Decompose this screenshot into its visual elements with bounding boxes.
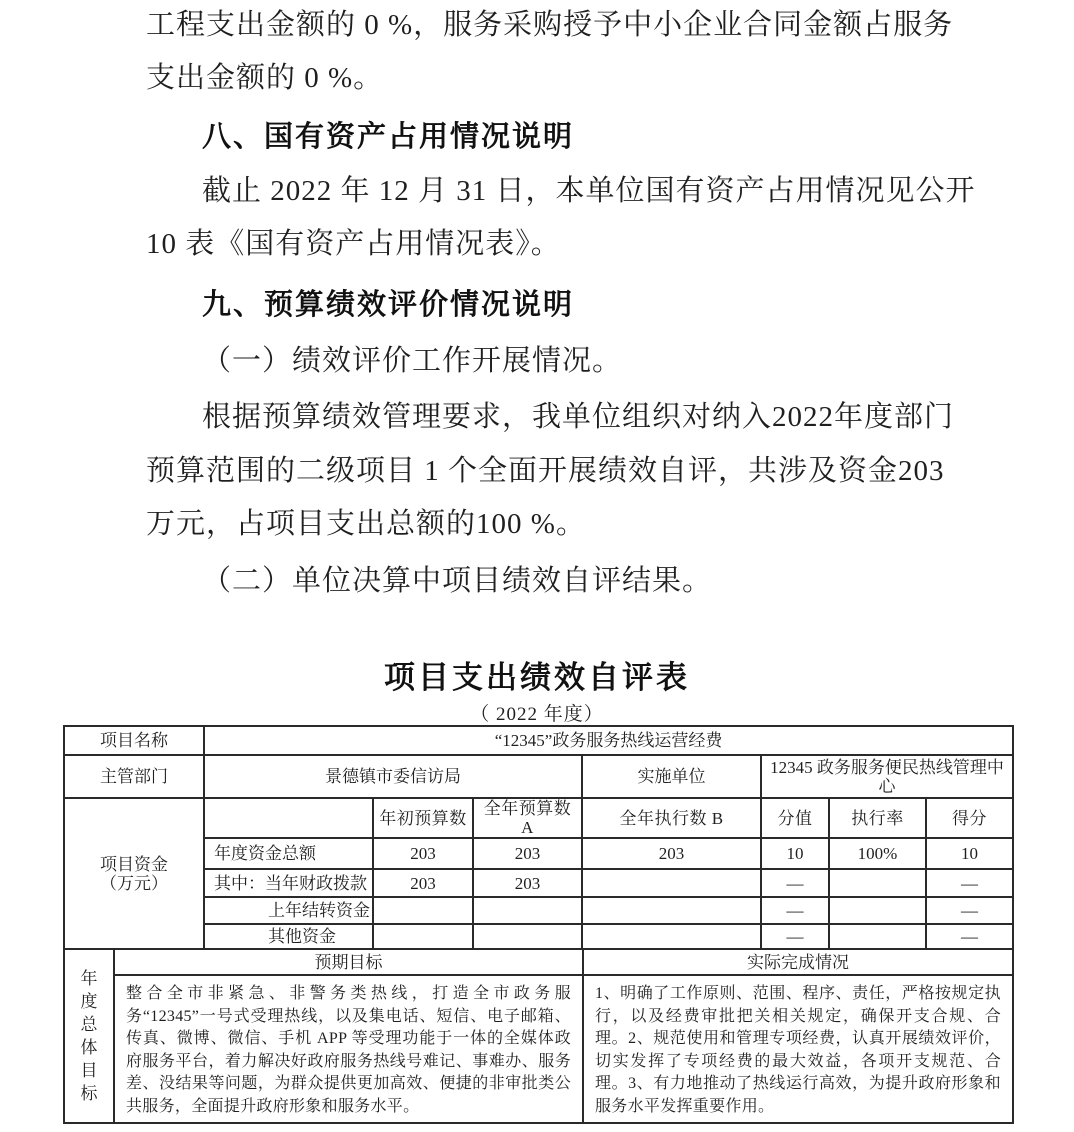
- table-row: 主管部门 景德镇市委信访局 实施单位 12345 政务服务便民热线管理中心: [64, 755, 1013, 798]
- cell-expected-goal-text: 整合全市非紧急、非警务类热线，打造全市政务服务“12345”一号式受理热线，以及…: [114, 975, 583, 1123]
- funds-table: 项目名称 “12345”政务服务热线运营经费 主管部门 景德镇市委信访局 实施单…: [63, 725, 1014, 950]
- self-evaluation-table: 项目名称 “12345”政务服务热线运营经费 主管部门 景德镇市委信访局 实施单…: [63, 725, 1012, 1124]
- section-heading-9: 九、预算绩效评价情况说明: [202, 288, 574, 320]
- cell-project-name-label: 项目名称: [64, 726, 204, 755]
- cell-header-weight: 分值: [761, 798, 829, 838]
- cell-value: [582, 869, 761, 897]
- cell-annual-goal-label: 年度总体目标: [64, 949, 114, 1123]
- cell-header-full-exec: 全年执行数 B: [582, 798, 761, 838]
- cell-value: [582, 924, 761, 949]
- document-page: 工程支出金额的 0 %，服务采购授予中小企业合同金额占服务 支出金额的 0 %。…: [0, 0, 1074, 1132]
- cell-project-name-value: “12345”政务服务热线运营经费: [204, 726, 1013, 755]
- cell-value: [473, 897, 582, 924]
- table-row: 其中：当年财政拨款 203 203 — —: [64, 869, 1013, 897]
- funds-label-line1: 项目资金: [100, 855, 168, 874]
- cell-value: 100%: [829, 838, 926, 869]
- cell-row-label: 其他资金: [204, 924, 373, 949]
- cell-value: —: [926, 869, 1013, 897]
- section-heading-8: 八、国有资产占用情况说明: [202, 120, 574, 152]
- cell-header-score: 得分: [926, 798, 1013, 838]
- body-line: （二）单位决算中项目绩效自评结果。: [202, 565, 712, 597]
- body-line: 10 表《国有资产占用情况表》。: [146, 228, 561, 260]
- cell-impl-label: 实施单位: [582, 755, 761, 798]
- cell-expected-goal-header: 预期目标: [114, 949, 583, 975]
- cell-value: 203: [373, 869, 473, 897]
- cell-value: [829, 924, 926, 949]
- annual-goal-vertical-text: 年度总体目标: [80, 967, 98, 1105]
- cell-dept-label: 主管部门: [64, 755, 204, 798]
- cell-row-label: 年度资金总额: [204, 838, 373, 869]
- cell-value: 203: [473, 838, 582, 869]
- cell-value: —: [926, 924, 1013, 949]
- cell-dept-value: 景德镇市委信访局: [204, 755, 582, 798]
- table-header-row: 项目资金 （万元） 年初预算数 全年预算数 A 全年执行数 B 分值 执行率 得…: [64, 798, 1013, 838]
- cell-empty: [204, 798, 373, 838]
- annual-goal-table: 年度总体目标 预期目标 实际完成情况 整合全市非紧急、非警务类热线，打造全市政务…: [63, 948, 1014, 1124]
- body-line: （一）绩效评价工作开展情况。: [202, 345, 622, 377]
- cell-actual-completion-header: 实际完成情况: [583, 949, 1013, 975]
- body-line: 工程支出金额的 0 %，服务采购授予中小企业合同金额占服务: [146, 9, 953, 41]
- cell-actual-completion-text: 1、明确了工作原则、范围、程序、责任，严格按规定执行，以及经费审批把关相关规定，…: [583, 975, 1013, 1123]
- cell-value: [829, 897, 926, 924]
- cell-value: 203: [582, 838, 761, 869]
- table-row: 项目名称 “12345”政务服务热线运营经费: [64, 726, 1013, 755]
- cell-value: —: [761, 924, 829, 949]
- cell-value: —: [761, 869, 829, 897]
- cell-row-label: 上年结转资金: [204, 897, 373, 924]
- table-subtitle: （ 2022 年度）: [0, 699, 1074, 726]
- cell-value: [373, 897, 473, 924]
- table-row: 整合全市非紧急、非警务类热线，打造全市政务服务“12345”一号式受理热线，以及…: [64, 975, 1013, 1123]
- funds-label-line2: （万元）: [100, 874, 168, 893]
- cell-value: [829, 869, 926, 897]
- cell-value: 10: [926, 838, 1013, 869]
- cell-value: 10: [761, 838, 829, 869]
- cell-value: [373, 924, 473, 949]
- table-row: 其他资金 — —: [64, 924, 1013, 949]
- cell-header-full-budget: 全年预算数 A: [473, 798, 582, 838]
- cell-header-begin-budget: 年初预算数: [373, 798, 473, 838]
- cell-value: [582, 897, 761, 924]
- table-row: 年度资金总额 203 203 203 10 100% 10: [64, 838, 1013, 869]
- table-row: 年度总体目标 预期目标 实际完成情况: [64, 949, 1013, 975]
- cell-value: [473, 924, 582, 949]
- body-line: 预算范围的二级项目 1 个全面开展绩效自评，共涉及资金203: [146, 455, 945, 487]
- body-line: 支出金额的 0 %。: [146, 62, 383, 94]
- cell-row-label: 其中：当年财政拨款: [204, 869, 373, 897]
- body-line: 万元，占项目支出总额的100 %。: [146, 508, 586, 540]
- cell-value: 203: [473, 869, 582, 897]
- table-row: 上年结转资金 — —: [64, 897, 1013, 924]
- cell-impl-value: 12345 政务服务便民热线管理中心: [761, 755, 1013, 798]
- body-line: 根据预算绩效管理要求，我单位组织对纳入2022年度部门: [202, 401, 954, 433]
- cell-value: —: [926, 897, 1013, 924]
- cell-funds-label: 项目资金 （万元）: [64, 798, 204, 949]
- cell-header-exec-rate: 执行率: [829, 798, 926, 838]
- cell-value: 203: [373, 838, 473, 869]
- table-title: 项目支出绩效自评表: [0, 652, 1074, 697]
- cell-value: —: [761, 897, 829, 924]
- body-line: 截止 2022 年 12 月 31 日，本单位国有资产占用情况见公开: [202, 175, 976, 207]
